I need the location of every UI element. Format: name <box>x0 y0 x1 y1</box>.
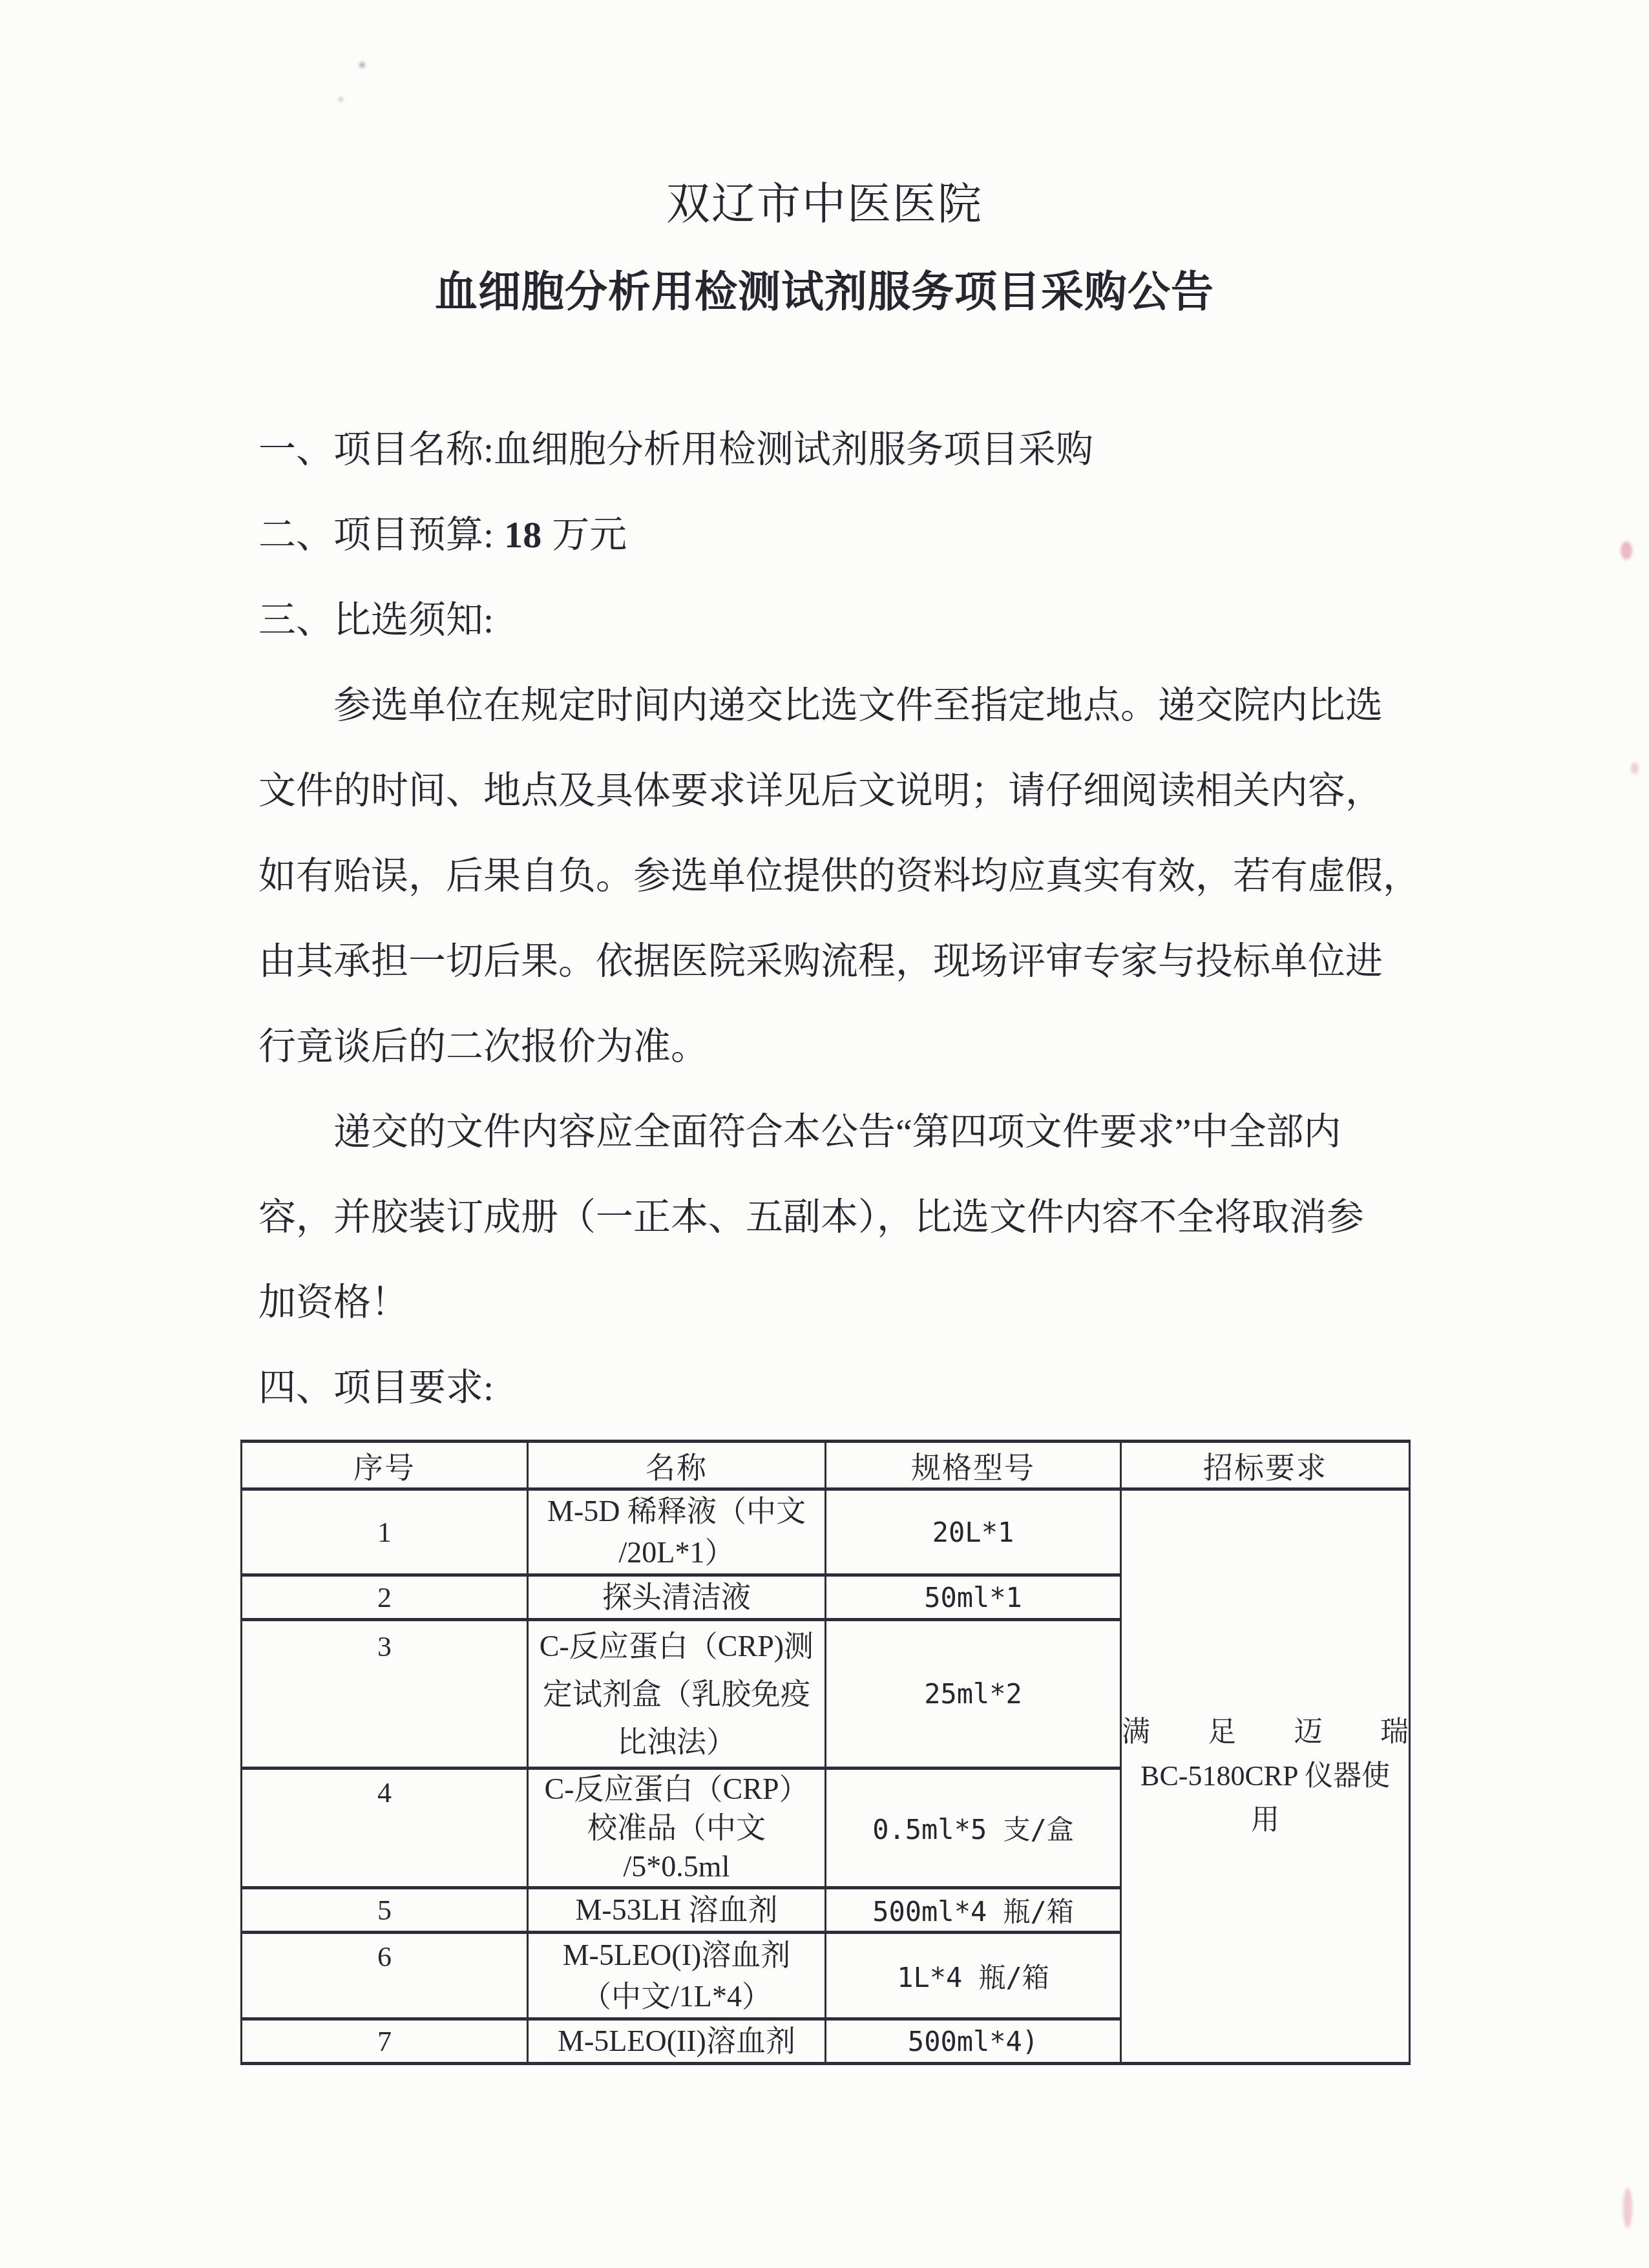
row-2-name: 探头清洁液 <box>528 1575 826 1620</box>
section-3-notice-heading: 三、比选须知: <box>258 578 1422 663</box>
notice-paragraph2-line3: 加资格！ <box>258 1260 1422 1345</box>
row-5-number: 5 <box>242 1888 528 1933</box>
section-1-project-name: 一、项目名称:血细胞分析用检测试剂服务项目采购 <box>258 407 1422 492</box>
notice-paragraph2-line2: 容，并胶装订成册（一正本、五副本），比选文件内容不全将取消参 <box>258 1175 1422 1260</box>
table-header-spec: 规格型号 <box>826 1442 1121 1489</box>
row-4-name-line: /5*0.5ml <box>529 1847 824 1886</box>
document-subtitle: 血细胞分析用检测试剂服务项目采购公告 <box>0 257 1649 319</box>
requirement-line: 用 <box>1122 1798 1409 1842</box>
row-1-spec: 20L*1 <box>826 1489 1121 1575</box>
row-7-spec: 500ml*4) <box>826 2019 1121 2064</box>
requirement-line: BC-5180CRP 仪器使 <box>1122 1754 1409 1798</box>
notice-paragraph2-line1: 递交的文件内容应全面符合本公告“第四项文件要求”中全部内 <box>258 1089 1422 1175</box>
document-body: 一、项目名称:血细胞分析用检测试剂服务项目采购 二、项目预算:18万元 三、比选… <box>258 407 1422 1431</box>
section-4-requirements-heading: 四、项目要求: <box>258 1345 1422 1431</box>
row-4-spec: 0.5ml*5 支/盒 <box>826 1769 1121 1888</box>
row-1-name: M-5D 稀释液（中文 /20L*1） <box>528 1489 826 1575</box>
budget-value: 18 <box>504 514 541 556</box>
budget-unit: 万元 <box>552 514 627 556</box>
row-6-spec: 1L*4 瓶/箱 <box>826 1933 1121 2019</box>
row-1-number: 1 <box>242 1489 528 1575</box>
document-page: 双辽市中医医院 血细胞分析用检测试剂服务项目采购公告 一、项目名称:血细胞分析用… <box>0 0 1649 2268</box>
row-6-number: 6 <box>242 1933 528 2019</box>
row-2-spec: 50ml*1 <box>826 1575 1121 1620</box>
procurement-table-container: 序号 名称 规格型号 招标要求 1 M-5D 稀释液（中文 /20L*1） 20… <box>240 1440 1409 2065</box>
row-4-name-line: 校准品（中文 <box>529 1809 824 1847</box>
row-5-name-line: M-53LH 溶血剂 <box>529 1889 824 1931</box>
procurement-table: 序号 名称 规格型号 招标要求 1 M-5D 稀释液（中文 /20L*1） 20… <box>240 1440 1411 2065</box>
row-6-name-line: （中文/1L*4） <box>529 1976 824 2017</box>
notice-paragraph1-line1: 参选单位在规定时间内递交比选文件至指定地点。递交院内比选 <box>258 663 1422 748</box>
table-header-row: 序号 名称 规格型号 招标要求 <box>242 1442 1410 1489</box>
row-2-name-line: 探头清洁液 <box>529 1577 824 1618</box>
table-header-seq: 序号 <box>242 1442 528 1489</box>
notice-paragraph1-line4: 由其承担一切后果。依据医院采购流程，现场评审专家与投标单位进 <box>258 919 1422 1004</box>
tender-requirement-cell: 满 足 迈 瑞 BC-5180CRP 仪器使 用 <box>1121 1489 1410 2064</box>
row-1-name-line: /20L*1） <box>529 1532 824 1573</box>
row-2-number: 2 <box>242 1575 528 1620</box>
notice-paragraph1-line3: 如有贻误，后果自负。参选单位提供的资料均应真实有效，若有虚假， <box>258 834 1422 919</box>
scan-artifact <box>359 62 365 68</box>
row-7-name: M-5LEO(II)溶血剂 <box>528 2019 826 2064</box>
row-1-name-line: M-5D 稀释液（中文 <box>529 1491 824 1532</box>
table-header-name: 名称 <box>528 1442 826 1489</box>
row-5-name: M-53LH 溶血剂 <box>528 1888 826 1933</box>
row-6-name-line: M-5LEO(I)溶血剂 <box>529 1935 824 1976</box>
row-5-spec: 500ml*4 瓶/箱 <box>826 1888 1121 1933</box>
table-header-requirement: 招标要求 <box>1121 1442 1410 1489</box>
budget-label: 二、项目预算: <box>258 514 494 556</box>
row-4-number: 4 <box>242 1769 528 1888</box>
scan-artifact <box>1623 2188 1632 2228</box>
row-6-name: M-5LEO(I)溶血剂 （中文/1L*4） <box>528 1933 826 2019</box>
notice-paragraph1-line2: 文件的时间、地点及具体要求详见后文说明；请仔细阅读相关内容， <box>258 748 1422 834</box>
notice-paragraph1-line5: 行竟谈后的二次报价为准。 <box>258 1004 1422 1089</box>
section-2-budget: 二、项目预算:18万元 <box>258 492 1422 578</box>
row-7-number: 7 <box>242 2019 528 2064</box>
row-3-name-line: 比浊法） <box>529 1718 824 1766</box>
scan-artifact <box>1631 762 1639 774</box>
row-3-spec: 25ml*2 <box>826 1620 1121 1769</box>
row-3-name-line: 定试剂盒（乳胶免疫 <box>529 1670 824 1718</box>
row-7-name-line: M-5LEO(II)溶血剂 <box>529 2021 824 2062</box>
row-4-name-line: C-反应蛋白（CRP） <box>529 1770 824 1809</box>
requirement-line: 满 足 迈 瑞 <box>1122 1710 1409 1754</box>
row-4-name: C-反应蛋白（CRP） 校准品（中文 /5*0.5ml <box>528 1769 826 1888</box>
document-title: 双辽市中医医院 <box>0 169 1649 232</box>
table-row-1: 1 M-5D 稀释液（中文 /20L*1） 20L*1 满 足 迈 瑞 BC-5… <box>242 1489 1410 1575</box>
row-3-number: 3 <box>242 1620 528 1769</box>
scan-artifact <box>1621 541 1632 560</box>
scan-artifact <box>339 97 343 101</box>
row-3-name-line: C-反应蛋白（CRP)测 <box>529 1622 824 1670</box>
row-3-name: C-反应蛋白（CRP)测 定试剂盒（乳胶免疫 比浊法） <box>528 1620 826 1769</box>
